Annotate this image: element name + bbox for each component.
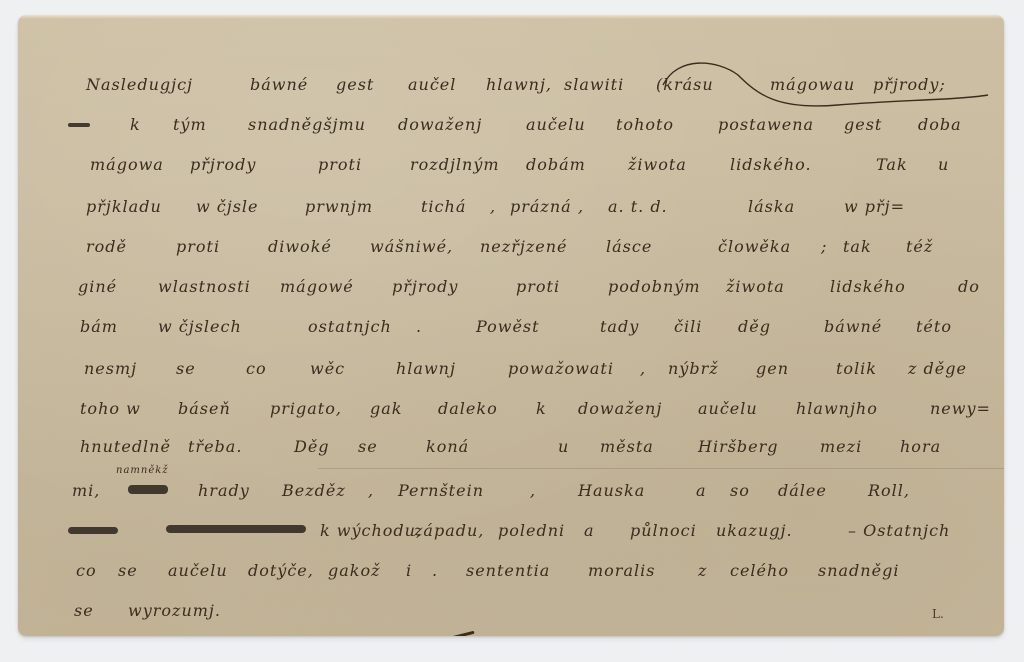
word: (krásu	[656, 75, 714, 94]
word: k wýchodu,	[320, 521, 422, 540]
word: člowěka	[718, 237, 791, 256]
word: ostatnjch	[308, 317, 392, 336]
word: tohoto	[616, 115, 674, 134]
struck-out-word	[68, 123, 90, 127]
word: tady	[600, 317, 639, 336]
word: wěc	[310, 359, 345, 378]
word: Pernštein	[398, 481, 484, 500]
word: poledni	[498, 521, 565, 540]
word: hora	[900, 437, 941, 456]
word: powažowati	[508, 359, 614, 378]
word: – Ostatnjch	[848, 521, 950, 540]
word: w čjslech	[158, 317, 242, 336]
word: mezi	[820, 437, 862, 456]
word: se	[74, 601, 94, 620]
word: lásce	[606, 237, 652, 256]
manuscript-page: Nasledugjcj báwné gest aučel hlawnj, sla…	[18, 15, 1004, 636]
word: aučel	[408, 75, 456, 94]
word: děg	[738, 317, 771, 336]
word: Děg	[294, 437, 330, 456]
struck-out-word	[68, 527, 118, 534]
word: čili	[674, 317, 702, 336]
word: půlnoci	[630, 521, 697, 540]
word: třeba.	[188, 437, 242, 456]
word: báseň	[178, 399, 231, 418]
word: Hauska	[578, 481, 645, 500]
word: podobným	[608, 277, 701, 296]
word: proti	[516, 277, 560, 296]
word: so	[730, 481, 750, 500]
word: wášniwé,	[370, 237, 453, 256]
word: ;	[821, 237, 827, 256]
word: wyrozumj.	[128, 601, 221, 620]
word: tolik	[836, 359, 877, 378]
word: mágowa	[90, 155, 164, 174]
word: celého	[730, 561, 789, 580]
word: tým	[173, 115, 207, 134]
word: dotýče,	[248, 561, 314, 580]
word: Powěst	[476, 317, 540, 336]
word: toho w	[80, 399, 141, 418]
word: co	[76, 561, 97, 580]
word: w přj=	[844, 197, 905, 216]
word: ,	[578, 197, 584, 216]
word: snadněgi	[818, 561, 899, 580]
word: hnutedlně	[80, 437, 171, 456]
word: mágowau	[770, 75, 855, 94]
word: báwné	[250, 75, 308, 94]
word: slawiti	[564, 75, 624, 94]
word: láska	[748, 197, 795, 216]
word: rozdjlným	[410, 155, 500, 174]
word: mágowé	[280, 277, 354, 296]
paper-fold-line	[318, 468, 1004, 469]
word: a. t. d.	[608, 197, 668, 216]
word: se	[118, 561, 138, 580]
word: gakož	[328, 561, 381, 580]
word: gen	[756, 359, 789, 378]
word: .	[416, 317, 422, 336]
word: žiwota	[726, 277, 785, 296]
word: přjrody	[392, 277, 458, 296]
word: giné	[78, 277, 117, 296]
word: do	[958, 277, 980, 296]
word: lidského.	[730, 155, 812, 174]
word: lidského	[830, 277, 906, 296]
viewer-canvas: Nasledugjcj báwné gest aučel hlawnj, sla…	[0, 0, 1024, 662]
word: prigato,	[270, 399, 342, 418]
word: též	[906, 237, 933, 256]
word: ,	[640, 359, 646, 378]
word: i	[406, 561, 412, 580]
word: dobám	[526, 155, 586, 174]
word: ,	[490, 197, 496, 216]
word: Bezděz	[282, 481, 346, 500]
word: gak	[370, 399, 402, 418]
word: nezřjzené	[480, 237, 567, 256]
word: dowaženj	[578, 399, 662, 418]
word: Roll,	[868, 481, 910, 500]
word: aučelu	[168, 561, 228, 580]
page-corner-mark: L.	[932, 607, 944, 621]
word: mi,	[72, 481, 100, 500]
word: se	[176, 359, 196, 378]
word: diwoké	[268, 237, 332, 256]
word: w čjsle	[196, 197, 259, 216]
word: postawena	[718, 115, 814, 134]
word: přjkladu	[86, 197, 162, 216]
ink-stroke-mark	[423, 631, 474, 636]
word: gest	[844, 115, 882, 134]
word: přjrody	[190, 155, 256, 174]
word: gest	[336, 75, 374, 94]
struck-out-word	[166, 525, 306, 533]
struck-out-word	[128, 485, 168, 494]
word: Tak	[876, 155, 908, 174]
word: nýbrž	[668, 359, 719, 378]
word: prwnjm	[305, 197, 373, 216]
word: bám	[80, 317, 118, 336]
interlinear-insertion: namněkž	[116, 465, 169, 476]
word: moralis	[588, 561, 655, 580]
word: hlawnj,	[486, 75, 552, 94]
word: ,	[368, 481, 374, 500]
word: rodě	[86, 237, 127, 256]
word: žiwota	[628, 155, 687, 174]
word: .	[432, 561, 438, 580]
word: proti	[318, 155, 362, 174]
word: hrady	[198, 481, 250, 500]
word: u	[938, 155, 949, 174]
word: hlawnjho	[796, 399, 878, 418]
word: tichá	[421, 197, 466, 216]
word: ,	[530, 481, 536, 500]
word: dowaženj	[398, 115, 482, 134]
word: ukazugj.	[716, 521, 793, 540]
word: u	[558, 437, 569, 456]
word: a	[584, 521, 595, 540]
word: tak	[843, 237, 872, 256]
word: nesmj	[84, 359, 137, 378]
word: této	[916, 317, 952, 336]
word: newy=	[930, 399, 991, 418]
word: z děge	[908, 359, 967, 378]
word: k	[536, 399, 547, 418]
word: města	[600, 437, 654, 456]
word: co	[246, 359, 267, 378]
word: aučelu	[698, 399, 758, 418]
word: koná	[426, 437, 469, 456]
word: Hiršberg	[698, 437, 779, 456]
word: západu,	[414, 521, 484, 540]
word: báwné	[824, 317, 882, 336]
word: přjrody;	[873, 75, 946, 94]
word: snadněgšjmu	[248, 115, 366, 134]
word: sententia	[466, 561, 550, 580]
word: hlawnj	[396, 359, 456, 378]
word: proti	[176, 237, 220, 256]
word: doba	[918, 115, 962, 134]
word: dálee	[778, 481, 827, 500]
word: daleko	[438, 399, 498, 418]
word: k	[130, 115, 141, 134]
word: z	[698, 561, 707, 580]
word: prázná	[510, 197, 572, 216]
word: wlastnosti	[158, 277, 251, 296]
word: se	[358, 437, 378, 456]
word: a	[696, 481, 707, 500]
word: Nasledugjcj	[86, 75, 193, 94]
word: aučelu	[526, 115, 586, 134]
